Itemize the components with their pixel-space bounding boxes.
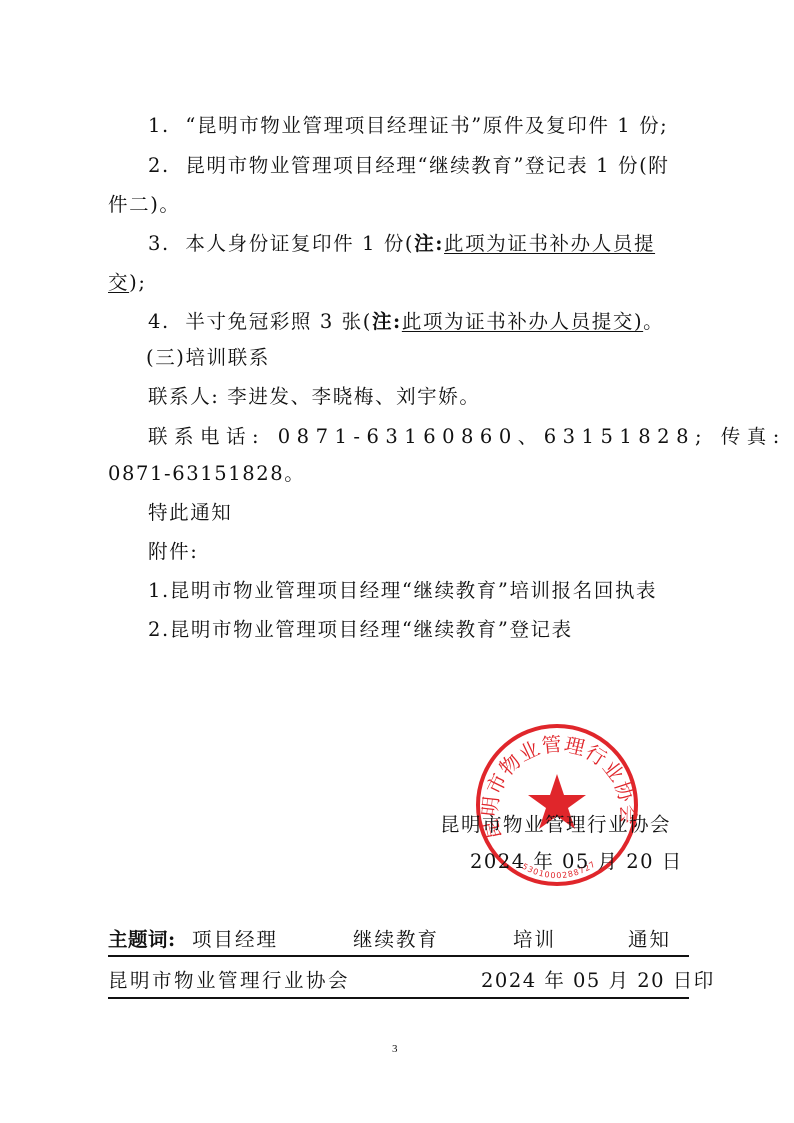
keyword: 培训 [513,928,556,952]
item-number: 4. [148,310,170,333]
section-heading: (三)培训联系 [146,346,728,370]
item-text: 昆明市物业管理项目经理“继续教育”登记表 1 份(附 [185,154,669,177]
footer-divider [108,997,689,999]
item-text: 本人身份证复印件 1 份( [185,232,414,255]
closing-text: 特此通知 [148,501,690,525]
contact-persons: 联系人: 李进发、李晓梅、刘宇娇。 [148,385,690,409]
item-text: 半寸免冠彩照 3 张( [185,310,372,333]
note-label: 注: [372,310,402,333]
attachments-label: 附件: [148,540,690,564]
note-text: 此项为证书补办人员提 [444,232,655,255]
item-tail: ); [129,271,146,294]
requirement-item-2: 2. 昆明市物业管理项目经理“继续教育”登记表 1 份(附 [148,154,690,178]
keyword: 通知 [628,928,671,952]
item-number: 2. [148,154,170,177]
keyword: 项目经理 [192,928,278,952]
attachment-item-1: 1.昆明市物业管理项目经理“继续教育”培训报名回执表 [148,579,690,603]
item-number: 1. [148,114,170,137]
signature-date: 2024 年 05 月 20 日 [470,850,683,874]
contact-fax: 0871-63151828。 [108,462,690,486]
item-tail: 。 [643,310,664,333]
issuer-name: 昆明市物业管理行业协会 [108,969,350,993]
document-page: 1. “昆明市物业管理项目经理证书”原件及复印件 1 份; 2. 昆明市物业管理… [0,0,794,1123]
keyword: 继续教育 [353,928,439,952]
page-number: 3 [392,1043,398,1055]
print-date: 2024 年 05 月 20 日印 [481,969,715,993]
note-label: 注: [414,232,444,255]
attachment-item-2: 2.昆明市物业管理项目经理“继续教育”登记表 [148,618,690,642]
signature-organization: 昆明市物业管理行业协会 [440,813,671,837]
note-text-continued: 交 [108,271,129,294]
requirement-item-3-continuation: 交); [108,271,690,295]
requirement-item-1: 1. “昆明市物业管理项目经理证书”原件及复印件 1 份; [148,114,690,138]
item-text: “昆明市物业管理项目经理证书”原件及复印件 1 份; [185,114,668,137]
requirement-item-4: 4. 半寸免冠彩照 3 张(注:此项为证书补办人员提交)。 [148,310,690,334]
note-text: 此项为证书补办人员提交) [402,310,643,333]
subject-label: 主题词: [108,928,176,952]
item-number: 3. [148,232,170,255]
requirement-item-3: 3. 本人身份证复印件 1 份(注:此项为证书补办人员提 [148,232,690,256]
contact-phone: 联系电话: 0871-63160860、63151828; 传真: [148,425,690,449]
footer-divider [108,955,689,957]
requirement-item-2-continuation: 件二)。 [108,193,690,217]
